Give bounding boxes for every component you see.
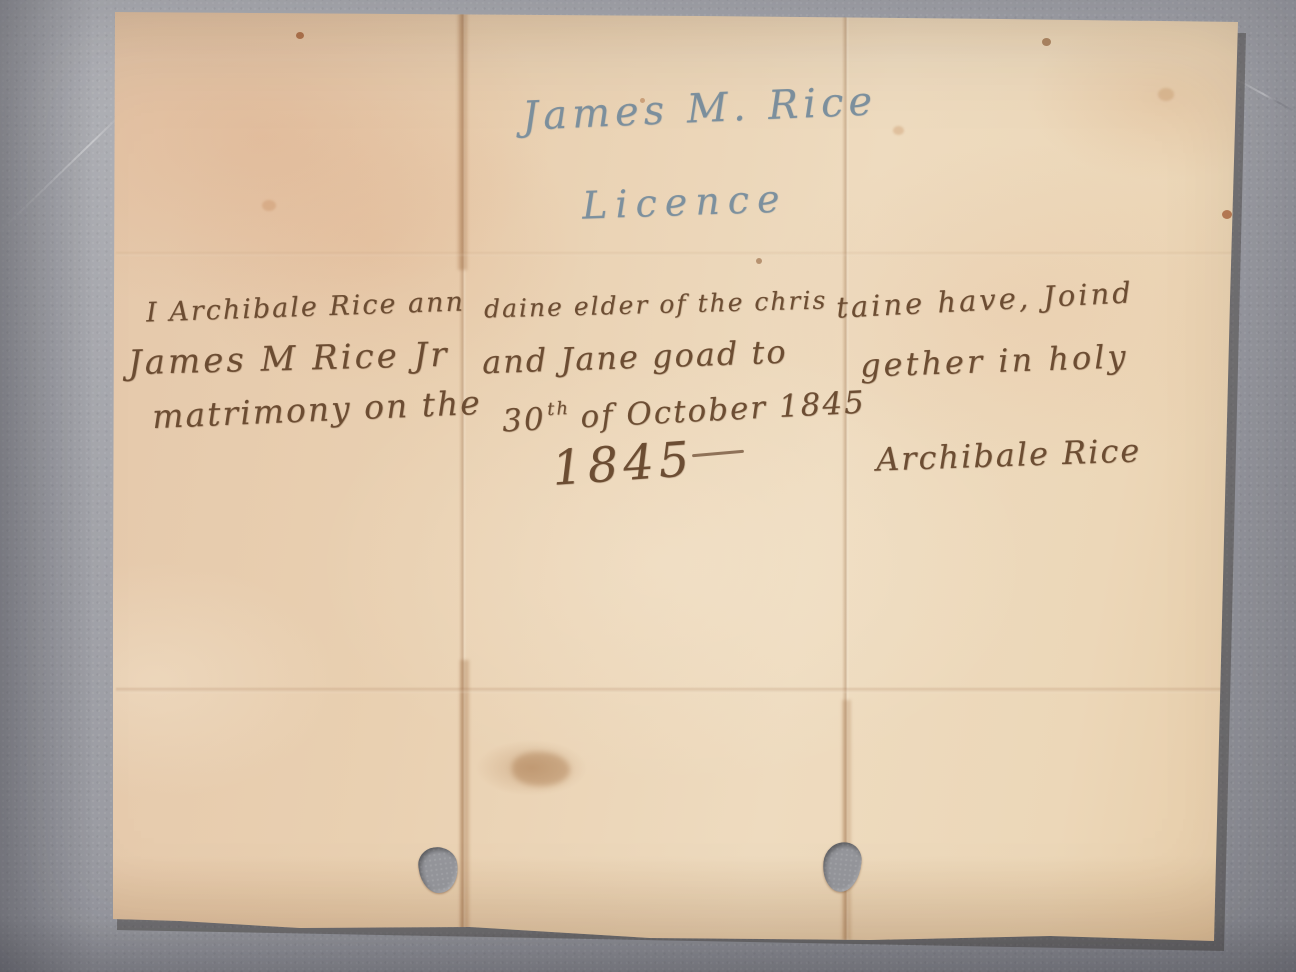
body-line2-seg2: and Jane goad to [481,333,788,382]
heading-doc-type: Licence [581,176,788,227]
stain-spot [1222,210,1232,219]
punch-hole-left [416,845,461,896]
fold-crease-stain [458,0,467,270]
stain-blotch [1158,88,1174,101]
body-line3-day: 30 [501,401,546,439]
punch-hole-right [820,840,863,894]
body-line1-seg2: daine elder of the chris [484,286,828,324]
background-shadow-left [0,0,95,972]
body-line2-seg3: gether in holy [859,337,1129,384]
stain-spot [756,258,762,264]
stain-blotch [893,126,904,135]
fold-crease-stain [842,700,851,940]
body-line3-rest: of October 1845 [579,385,866,436]
year-flourish-stroke [692,450,744,458]
stain-spot [1042,38,1051,46]
stain-blotch [512,752,570,786]
heading-name: James M. Rice [521,78,878,139]
photo-background: James M. Rice Licence I Archibale Rice a… [0,0,1296,972]
signature: Archibale Rice [875,431,1141,478]
fold-crease-stain [460,660,469,940]
body-line3-seg1: matrimony on the [151,383,482,436]
stain-spot [296,32,304,39]
fold-crease-horizontal-upper [116,252,1236,256]
body-line3-ordinal: th [547,398,571,420]
stain-blotch [262,200,276,211]
year-figure: 1845 [550,431,696,497]
fold-crease-horizontal-lower [116,688,1236,693]
paper-document: James M. Rice Licence I Archibale Rice a… [0,0,1296,972]
body-line2-seg1: James M Rice Jr [128,335,450,383]
body-line1-seg1: I Archibale Rice ann [146,286,466,328]
body-line1-seg3: taine have, Joind [835,275,1134,325]
